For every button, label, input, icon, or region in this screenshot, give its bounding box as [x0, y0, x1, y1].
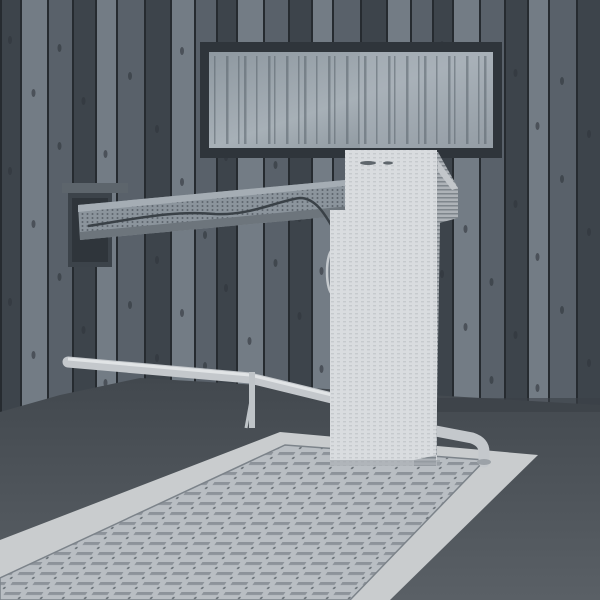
photo-scene — [0, 0, 600, 600]
scene-svg — [0, 0, 600, 600]
window — [200, 42, 502, 158]
